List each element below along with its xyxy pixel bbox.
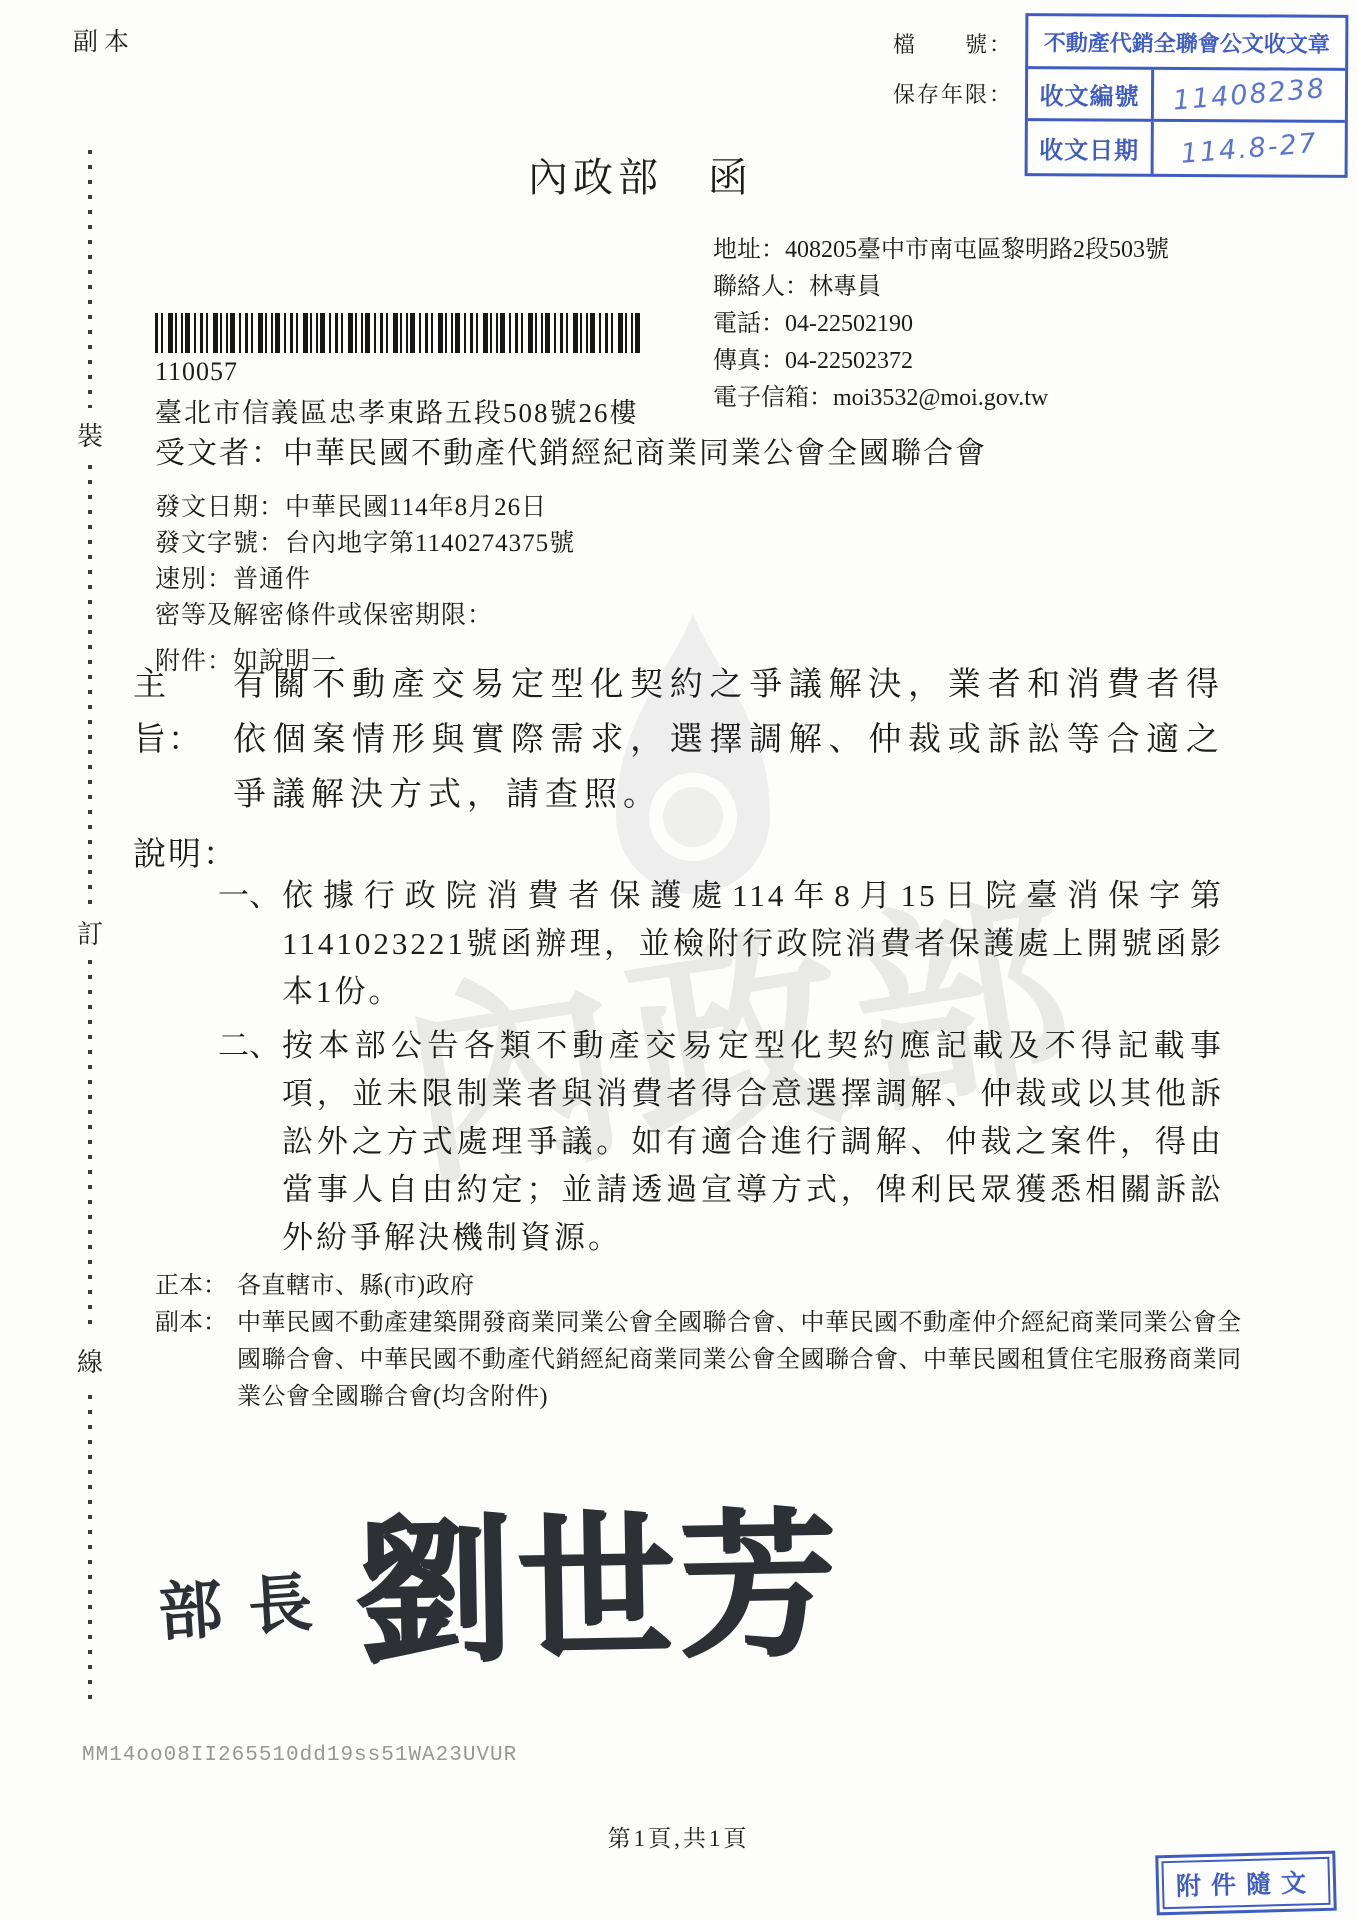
document-title: 內政部 函 (528, 146, 753, 203)
issue-date-line: 發文日期：中華民國114年8月26日 (155, 490, 575, 526)
item-2-text: 按本部公告各類不動產交易定型化契約應記載及不得記載事項，並未限制業者與消費者得合… (282, 1022, 1224, 1262)
explanation-item-2: 二、 按本部公告各類不動產交易定型化契約應記載及不得記載事項，並未限制業者與消費… (218, 1022, 1224, 1262)
binding-label-ding: 訂 (74, 906, 106, 959)
minister-signature: 劉世芳 (352, 1458, 842, 1693)
file-number-label: 檔 號： (893, 20, 1013, 70)
receipt-stamp-title: 不動產代銷全聯會公文收文章 (1028, 16, 1345, 71)
explanation-label: 說明： (133, 828, 238, 875)
copy-type-label: 副本 (73, 22, 135, 58)
receipt-number-row: 收文編號 11408238 (1028, 69, 1345, 123)
sender-contact-block: 地址：408205臺中市南屯區黎明路2段503號 聯絡人：林專員 電話：04-2… (713, 232, 1218, 417)
copy-recipients: 中華民國不動產建築開發商業同業公會全國聯合會、中華民國不動產仲介經紀商業同業公會… (237, 1305, 1265, 1416)
sender-email: 電子信箱：moi3532@moi.gov.tw (713, 380, 1218, 417)
sender-phone: 電話：04-22502190 (713, 306, 1218, 343)
speed-class-line: 速別：普通件 (155, 562, 575, 598)
receipt-date-row: 收文日期 114.8-27 (1028, 121, 1345, 175)
distribution-block: 正本： 各直轄市、縣(市)政府 副本： 中華民國不動產建築開發商業同業公會全國聯… (155, 1268, 1265, 1416)
item-1-text: 依據行政院消費者保護處114年8月15日院臺消保字第1141023221號函辦理… (282, 872, 1224, 1016)
sender-fax: 傳真：04-22502372 (713, 343, 1218, 380)
recipient-line: 受文者：中華民國不動產代銷經紀商業同業公會全國聯合會 (155, 428, 987, 472)
subject-block: 主旨： 有關不動產交易定型化契約之爭議解決，業者和消費者得依個案情形與實際需求，… (133, 658, 1225, 823)
attachment-stamp-text: 附件隨文 (1161, 1857, 1330, 1909)
original-recipients: 各直轄市、縣(市)政府 (237, 1268, 1265, 1305)
retention-period-label: 保存年限： (893, 70, 1013, 120)
binding-label-zhuang: 裝 (74, 408, 106, 461)
binding-label-xian: 線 (74, 1334, 106, 1387)
recipient-address: 臺北市信義區忠孝東路五段508號26樓 (155, 391, 639, 430)
issue-number-line: 發文字號：台內地字第1140274375號 (155, 526, 575, 562)
document-meta-block: 發文日期：中華民國114年8月26日 發文字號：台內地字第1140274375號… (155, 490, 575, 680)
copy-recipients-row: 副本： 中華民國不動產建築開發商業同業公會全國聯合會、中華民國不動產仲介經紀商業… (155, 1305, 1265, 1416)
explanation-item-1: 一、 依據行政院消費者保護處114年8月15日院臺消保字第1141023221號… (218, 872, 1224, 1016)
receipt-number-label: 收文編號 (1028, 69, 1154, 119)
document-page: 內政部 裝 訂 線 副本 檔 號： 保存年限： 不動產代銷全聯會公文收文章 收文… (0, 0, 1357, 1920)
page-number: 第1頁,共1頁 (608, 1820, 750, 1853)
receipt-stamp: 不動產代銷全聯會公文收文章 收文編號 11408238 收文日期 114.8-2… (1025, 13, 1349, 178)
sender-contact: 聯絡人：林專員 (713, 269, 1218, 306)
minister-title: 部長 (155, 1549, 341, 1653)
sender-address: 地址：408205臺中市南屯區黎明路2段503號 (713, 232, 1218, 269)
file-number-block: 檔 號： 保存年限： (893, 20, 1013, 120)
signature-block: 部長 劉世芳 (158, 1462, 840, 1689)
item-1-number: 一、 (218, 872, 282, 1016)
item-2-number: 二、 (218, 1022, 282, 1262)
barcode (155, 313, 643, 353)
barcode-number: 110057 (155, 357, 238, 387)
copy-label: 副本： (155, 1305, 237, 1416)
explanation-items: 一、 依據行政院消費者保護處114年8月15日院臺消保字第1141023221號… (218, 872, 1224, 1262)
receipt-date-label: 收文日期 (1028, 121, 1154, 174)
document-tracking-code: MM14oo08II265510dd19ss51WA23UVUR (82, 1744, 517, 1767)
attachment-stamp: 附件隨文 (1155, 1851, 1337, 1916)
security-class-line: 密等及解密條件或保密期限： (155, 598, 575, 634)
subject-label: 主旨： (133, 658, 233, 823)
original-recipients-row: 正本： 各直轄市、縣(市)政府 (155, 1268, 1265, 1305)
original-label: 正本： (155, 1268, 237, 1305)
subject-text: 有關不動產交易定型化契約之爭議解決，業者和消費者得依個案情形與實際需求，選擇調解… (233, 658, 1225, 823)
